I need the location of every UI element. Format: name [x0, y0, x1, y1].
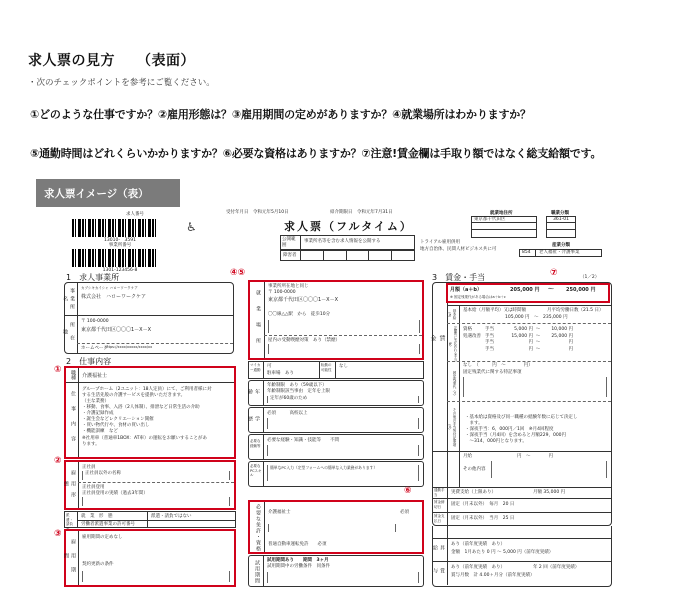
accessibility-icon: ♿: [186, 220, 197, 234]
text-line: ～314，000円となります。: [465, 439, 605, 445]
allowance-label: 定額的に支払われる手当（b）: [448, 325, 458, 363]
employment-period-box: 雇用期間 雇用期間の定めなし 契約更新の条件: [64, 529, 236, 587]
trial-note-2: 地方自治体、民間人材ビジネス共に可: [420, 247, 496, 253]
experience-box: 必要な経験等 必要な経験・知識・技能等 不問: [248, 434, 424, 460]
fixed-overtime-note: 固定残業代に関する特記事項: [463, 370, 522, 376]
office-name-label: 事業所名: [66, 285, 76, 315]
commute-allowance-value: 実費支給（上限あり）: [451, 490, 496, 496]
text-line: ります。: [82, 442, 232, 448]
commute-box: マイカー通勤 可 駐車場 あり 転勤の可能性 なし: [248, 361, 424, 379]
occupation-value: 介護福祉士: [82, 372, 107, 379]
industry-class-box: 854 老人福祉・介護事業: [519, 249, 602, 257]
office-postal: 〒 100-0000: [81, 319, 109, 325]
workplace-address: 東京都千代田区〇〇〇1－X－X: [268, 296, 338, 303]
base-pay-desc: 基本給（月額平均）又は時間額: [463, 308, 526, 314]
job-description-label: 仕事内容: [67, 388, 77, 454]
address-label: 所在地: [66, 318, 76, 352]
commute-allowance-limit: 月額 35,000 円: [533, 490, 565, 496]
marker-2: ②: [54, 456, 62, 466]
raise-bonus-box: 昇給 あり（前年度実績 あり） 金額 1月あたり 0 円 ～ 5,000 円（前…: [432, 526, 612, 587]
closing-day-value: 固定（月末以外） 毎月 20 日: [451, 502, 514, 508]
employment-other-name: 正社員以外の名称: [82, 471, 230, 480]
checkpoint-questions-2: ⑤通勤時間はどれくらいかかりますか？⑥必要な資格はありますか？⑦注意!賃金欄は手…: [30, 145, 601, 161]
other-content-label: その他内容: [463, 467, 486, 473]
employment-period-label: 雇用期間: [67, 535, 77, 585]
renewal-conditions: 契約更新の条件: [82, 562, 114, 568]
bonus-label: 賞与: [434, 563, 446, 583]
wage-side-label: 賃金: [434, 328, 446, 408]
bonus-months: 賞与月数 計 4.00ヶ月分（前年度実績）: [451, 573, 534, 579]
text-line: [463, 347, 485, 354]
fixed-overtime-value: なし （ 円 ～ 円）: [463, 363, 533, 369]
disability-row: 障害者: [280, 250, 415, 261]
monthly-wage-max: 250,000 円: [566, 287, 596, 294]
experience-value: 必要な経験・知識・技能等 不問: [267, 438, 339, 444]
job-content-box: 職種 介護福祉士 仕事内容 グループホーム（2ユニット：18人定員）にて、ご利用…: [64, 366, 236, 459]
marker-6: ⑥: [404, 486, 412, 496]
other-allowance-label: その他の手当等付記事項（d）: [448, 405, 458, 449]
intro-text: ・次のチェックポイントを参考にご覧ください。: [28, 76, 215, 88]
pc-skill-box: 必要なPCスキル 簡単なPC入力（定型フォームへの簡単な入力業務があります）: [248, 461, 424, 487]
publication-scope: 公開範囲 事業所名等を含む求人情報を公開する: [280, 235, 415, 250]
industry-value: 老人福祉・介護事業: [536, 250, 580, 256]
page-title: 求人票の見方（表面）: [28, 50, 195, 70]
office-name-kana: カブシキカイシャ ハローワークケア: [81, 286, 138, 291]
parking-value: 駐車場 あり: [267, 371, 294, 377]
commute-label: マイカー通勤: [250, 363, 262, 372]
age-box: 年齢 年齢制限 あり（59歳以下） 年齢制限該当事由 定年を上限 定年が60歳の…: [248, 380, 424, 406]
employment-type-label: 雇用形態: [67, 465, 77, 507]
bonus-value: あり（前年度実績 あり）: [451, 565, 505, 571]
job-number-barcode: [72, 219, 158, 237]
age-label: 年齢: [251, 384, 261, 404]
dispatch-permit-label: 労働者派遣事業の許可番号: [81, 522, 135, 528]
raise-label: 昇給: [434, 540, 446, 560]
office-number-barcode: [72, 249, 158, 267]
license-2: 普通自動車運転免許 必須: [268, 542, 327, 548]
experience-label: 必要な経験等: [250, 439, 262, 448]
marker-3: ③: [54, 529, 62, 539]
office-name: 株式会社 ハローワークケア: [81, 293, 146, 300]
monthly-wage-label: 月額（a＋b）: [450, 287, 482, 294]
workplace-access: 〇〇線△△駅 から 徒歩10分: [268, 312, 330, 318]
text-line: 手当: [485, 347, 503, 354]
text-line: 円: [503, 347, 533, 354]
monthly-wage-note: ※ 固定残業代がある場合はa＋b＋c: [450, 295, 506, 300]
disability-label: 障害者: [281, 251, 301, 260]
avg-work-days: 月平均労働日数（21.5 日）: [547, 308, 603, 314]
closing-day-label: 賃金締切日: [434, 500, 446, 509]
homepage-label: ホームページ: [81, 346, 108, 352]
commute-allowance-label: 通勤手当: [434, 488, 446, 497]
trial-period-label: 試用期間: [251, 558, 261, 586]
transfer-value: なし: [339, 364, 348, 370]
monthly-wage-min: 205,000 円: [510, 287, 540, 294]
workplace-label: 就業場所: [252, 290, 262, 354]
hourly-value: 円 ～ 円: [517, 454, 553, 460]
page-indicator: （1／2）: [580, 275, 599, 281]
base-pay-range: 105,000 円 ～ 235,000 円: [505, 315, 568, 321]
raise-amount: 金額 1月あたり 0 円 ～ 5,000 円（前年度実績）: [451, 550, 553, 556]
age-reason: 年齢制限該当事由 定年を上限: [267, 389, 330, 395]
monthly-wage-tilde: ～: [548, 286, 554, 294]
publication-value: 事業所名等を含む求人情報を公開する: [301, 236, 384, 249]
occupation-class-box: 361-01: [546, 216, 576, 238]
trial-period-box: 試用期間 試用期間あり 期間 3ヶ月 試用期間中の労働条件 同条件: [248, 555, 424, 587]
job-description: グループホーム（2ユニット：18人定員）にて、ご利用者様に対する生活先般の介護サ…: [82, 387, 232, 448]
license-1: 介護福祉士: [268, 510, 291, 516]
license-1-required: 必須: [400, 510, 409, 516]
dispatch-box: 派遣・請負等 就 業 形 態 派遣・請負ではない 労働者派遣事業の許可番号: [64, 511, 236, 528]
education-box: 学歴 必須 高校以上: [248, 407, 424, 433]
trial-period-conditions: 試用期間中の労働条件 同条件: [267, 564, 330, 570]
education-label: 学歴: [251, 411, 261, 431]
form-title: 求人票（フルタイム）: [284, 218, 413, 234]
marker-4-5: ④⑤: [230, 268, 245, 278]
fixed-overtime-label: 固定残業代（c）: [448, 369, 458, 399]
license-box: 必要な免許・資格 介護福祉士 必須 普通自動車運転免許 必須: [248, 500, 424, 554]
publication-label: 公開範囲: [281, 236, 301, 249]
employment-period-value: 雇用期間の定めなし: [82, 535, 123, 541]
employment-type-box: 雇用形態 正社員 正社員以外の名称 正社員登用 正社員登用の実績（過去3年間）: [64, 460, 236, 510]
age-note: 定年が60歳のため: [267, 396, 419, 403]
raise-value: あり（前年度実績 あり）: [451, 542, 505, 548]
bonus-times: 年 2 回（前年度実績）: [533, 565, 579, 571]
other-allowance-notes: ・基本給は資格及び同一職種の経験年数に応じて決定し ます。・深夜手当：6，000…: [465, 415, 605, 445]
expiry-date: 紹介期限日 令和元年7月31日: [330, 210, 393, 216]
pc-skill-label: 必要なPCスキル: [250, 464, 262, 478]
text-line: 円: [543, 347, 573, 354]
office-info-box: 事業所名 カブシキカイシャ ハローワークケア 株式会社 ハローワークケア 所在地…: [64, 282, 234, 354]
education-value: 必須 高校以上: [267, 411, 308, 417]
title-suffix: （表面）: [137, 53, 195, 69]
pc-skill-value: 簡単なPC入力（定型フォームへの簡単な入力業務があります）: [267, 465, 419, 481]
license-label: 必要な免許・資格: [252, 504, 262, 552]
trial-note: トライアル雇用併用: [420, 240, 460, 246]
marker-7: ⑦: [550, 268, 558, 278]
homepage-link[interactable]: https://xxxx/xxxxx/xxxx/xx: [105, 345, 152, 350]
workplace-box: 就業場所 事業所所在地と同じ 〒 100-0000 東京都千代田区〇〇〇1－X－…: [248, 280, 424, 360]
base-pay-label: 基本給（a）: [448, 307, 458, 322]
commute-value: 可: [267, 364, 272, 370]
transfer-label: 転勤の可能性: [321, 363, 333, 372]
occupation-label: 職種: [67, 369, 77, 381]
received-date: 受付年月日 令和元年5月10日: [226, 210, 289, 216]
wage-box: 賃金 基本給（a） 基本給（月額平均）又は時間額 月平均労働日数（21.5 日）…: [432, 282, 612, 526]
hourly-label: 月給: [463, 454, 472, 460]
work-location-box: 東京都千代田区: [471, 216, 537, 238]
marker-1: ①: [54, 365, 62, 375]
payday-value: 固定（月末以外） 当月 25 日: [451, 516, 514, 522]
title-main: 求人票の見方: [28, 53, 115, 69]
image-label: 求人票イメージ（表）: [36, 179, 180, 207]
checkpoint-questions-1: ①どのような仕事ですか？②雇用形態は？③雇用期間の定めがありますか？④就業場所は…: [30, 106, 531, 122]
office-address: 東京都千代田区〇〇〇1－X－X: [81, 326, 151, 333]
allowance-list: 資格手当5,000 円～10,000 円 処遇改善手当15,000 円～25,0…: [463, 327, 573, 353]
job-number-label: 求人番号: [100, 212, 170, 218]
monthly-wage-box: 月額（a＋b） 205,000 円 ～ 250,000 円 ※ 固定残業代がある…: [446, 283, 610, 303]
payday-label: 賃金支払日: [434, 514, 446, 523]
industry-code: 854: [520, 250, 536, 256]
